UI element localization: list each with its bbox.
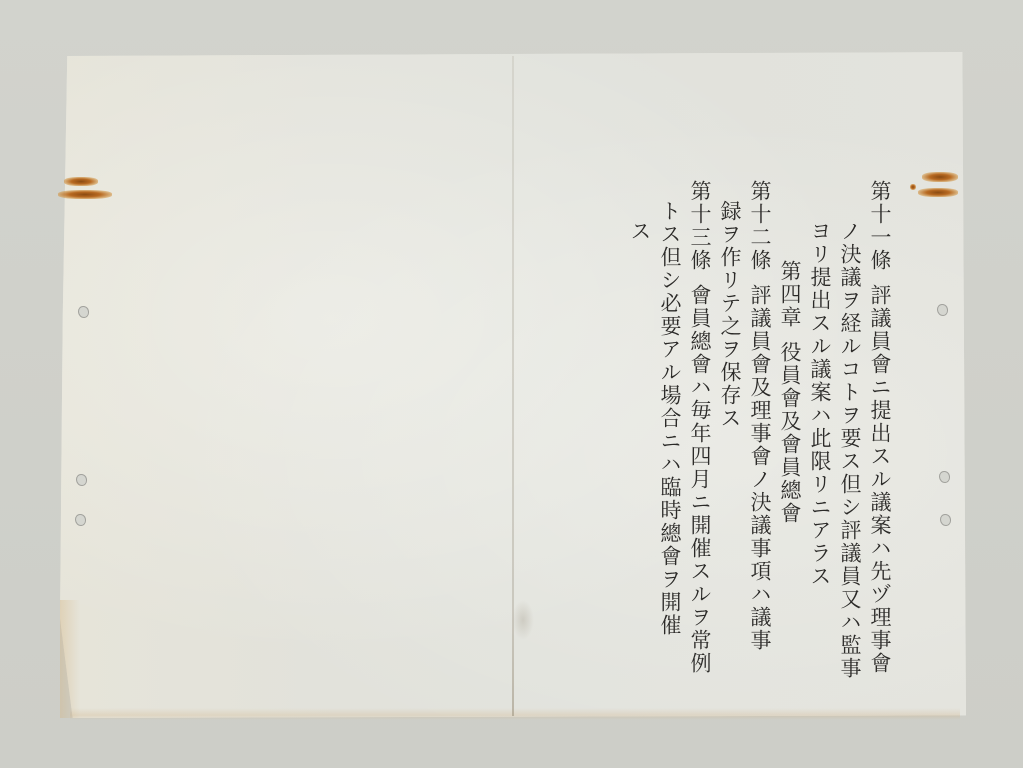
punch-hole-left — [76, 474, 87, 486]
paper-stain-left-edge — [60, 600, 80, 718]
fold-smudge — [512, 600, 534, 640]
handwritten-text-block: 第十一條評議員會ニ提出スル議案ハ先ヅ理事會 ノ決議ヲ経ルコトヲ要ス但シ評議員又ハ… — [627, 180, 893, 680]
text-column-article-13: 第十三條會員總會ハ毎年四月ニ開催スルヲ常例 — [687, 180, 713, 680]
rust-staple-mark-right — [922, 172, 958, 182]
rust-staple-mark-right — [918, 188, 958, 197]
text-column: ノ決議ヲ経ルコトヲ要ス但シ評議員又ハ監事 — [837, 220, 863, 680]
article-text: トス但シ必要アル場合ニハ臨時總會ヲ開催 — [658, 200, 682, 637]
article-heading: 第十一條 — [867, 180, 893, 272]
article-text: 評議員會ニ提出スル議案ハ先ヅ理事會 — [868, 284, 892, 675]
punch-hole-left — [75, 514, 86, 526]
text-column: 録ヲ作リテ之ヲ保存ス — [717, 200, 743, 680]
text-column-chapter-4: 第四章役員會及會員總會 — [777, 260, 803, 680]
punch-hole-right — [939, 471, 950, 483]
article-text: 評議員會及理事會ノ決議事項ハ議事 — [748, 284, 772, 652]
article-heading: 第十三條 — [687, 180, 713, 272]
rust-spot — [910, 184, 916, 190]
punch-hole-right — [937, 304, 948, 316]
article-text: 會員總會ハ毎年四月ニ開催スルヲ常例 — [688, 284, 712, 675]
punch-hole-right — [940, 514, 951, 526]
paper-stain-bottom-edge — [70, 708, 960, 720]
article-heading: 第十二條 — [747, 180, 773, 272]
text-column-article-12: 第十二條評議員會及理事會ノ決議事項ハ議事 — [747, 180, 773, 680]
article-text: 録ヲ作リテ之ヲ保存ス — [718, 200, 742, 430]
text-column: ス — [627, 220, 653, 680]
chapter-heading: 第四章 — [777, 260, 803, 329]
article-text: ヨリ提出スル議案ハ此限リニアラス — [808, 220, 832, 588]
text-column: ヨリ提出スル議案ハ此限リニアラス — [807, 220, 833, 680]
rust-staple-mark-left — [58, 190, 112, 199]
text-column-article-11: 第十一條評議員會ニ提出スル議案ハ先ヅ理事會 — [867, 180, 893, 680]
article-text: ノ決議ヲ経ルコトヲ要ス但シ評議員又ハ監事 — [838, 220, 862, 680]
article-text: ス — [628, 220, 652, 243]
rust-staple-mark-left — [64, 177, 98, 186]
chapter-title: 役員會及會員總會 — [778, 341, 802, 525]
punch-hole-left — [78, 306, 89, 318]
text-column: トス但シ必要アル場合ニハ臨時總會ヲ開催 — [657, 200, 683, 680]
